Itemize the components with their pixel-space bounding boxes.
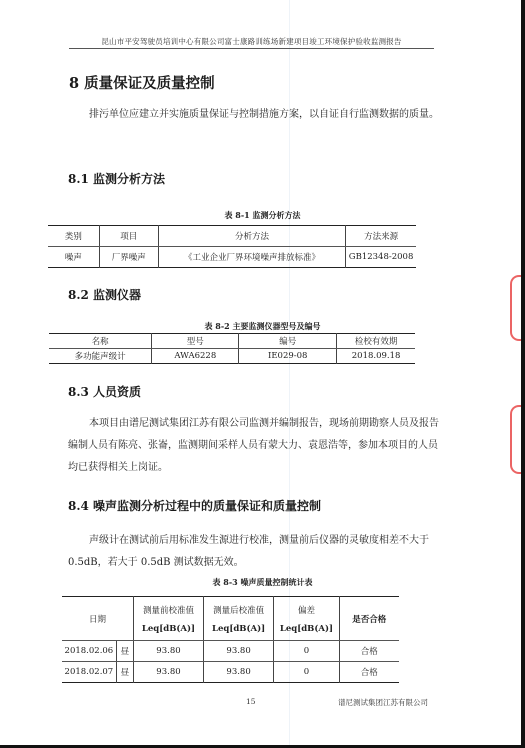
section-8-4-text: 声级计在测试前后用标准发生源进行校准，测量前后仪器的灵敏度相差不大于 0.5dB… bbox=[68, 530, 440, 574]
table-cell: 2018.02.07 bbox=[62, 662, 116, 683]
section-8-3-text: 本项目由谱尼测试集团江苏有限公司监测并编制报告，现场前期勘察人员及报告编制人员有… bbox=[68, 413, 440, 479]
table-header: 测量后校准值Leq[dB(A)] bbox=[203, 597, 273, 641]
section-8-4-title: 8.4 噪声监测分析过程中的质量保证和质量控制 bbox=[68, 497, 321, 514]
table-cell: 2018.09.18 bbox=[337, 349, 415, 364]
table-header: 名称 bbox=[49, 334, 152, 349]
table-cell: GB12348-2008 bbox=[346, 247, 416, 268]
table-cell: 93.80 bbox=[203, 662, 273, 683]
table-header: 编号 bbox=[239, 334, 337, 349]
table-8-2: 名称 型号 编号 检校有效期 多功能声级计 AWA6228 IE029-08 2… bbox=[49, 333, 415, 364]
table-cell: 昼 bbox=[116, 641, 133, 662]
table-header: 是否合格 bbox=[339, 597, 399, 641]
table-cell: 93.80 bbox=[134, 662, 204, 683]
table-8-1-caption: 表 8-1 监测分析方法 bbox=[0, 210, 525, 221]
table-header: 日期 bbox=[62, 597, 134, 641]
document-page: 昆山市平安驾驶员培训中心有限公司富士康路训练场新建项目竣工环境保护验收监测报告 … bbox=[0, 0, 525, 748]
table-header: 检校有效期 bbox=[337, 334, 415, 349]
seal-stamp-fragment bbox=[510, 405, 521, 474]
table-row: 2018.02.07 昼 93.80 93.80 0 合格 bbox=[62, 662, 399, 683]
table-8-1: 类别 项目 分析方法 方法来源 噪声 厂界噪声 《工业企业厂界环境噪声排放标准》… bbox=[48, 225, 416, 268]
footer-organization: 谱尼测试集团江苏有限公司 bbox=[338, 697, 428, 708]
table-row: 噪声 厂界噪声 《工业企业厂界环境噪声排放标准》 GB12348-2008 bbox=[48, 247, 416, 268]
table-cell: 93.80 bbox=[134, 641, 204, 662]
table-header: 型号 bbox=[152, 334, 239, 349]
table-row: 多功能声级计 AWA6228 IE029-08 2018.09.18 bbox=[49, 349, 415, 364]
table-header: 类别 bbox=[48, 226, 99, 247]
table-cell: 2018.02.06 bbox=[62, 641, 116, 662]
section-8-title: 8 质量保证及质量控制 bbox=[69, 72, 215, 93]
table-row: 2018.02.06 昼 93.80 93.80 0 合格 bbox=[62, 641, 399, 662]
table-8-2-caption: 表 8-2 主要监测仪器型号及编号 bbox=[0, 321, 525, 332]
table-cell: 93.80 bbox=[203, 641, 273, 662]
page-number: 15 bbox=[246, 697, 256, 706]
table-8-3: 日期 测量前校准值Leq[dB(A)] 测量后校准值Leq[dB(A)] 偏差L… bbox=[62, 596, 399, 683]
table-cell: 0 bbox=[274, 641, 339, 662]
table-header: 分析方法 bbox=[158, 226, 345, 247]
table-header: 项目 bbox=[99, 226, 158, 247]
running-header: 昆山市平安驾驶员培训中心有限公司富士康路训练场新建项目竣工环境保护验收监测报告 bbox=[69, 36, 434, 47]
table-cell: AWA6228 bbox=[152, 349, 239, 364]
table-cell: 0 bbox=[274, 662, 339, 683]
section-8-intro: 排污单位应建立并实施质量保证与控制措施方案，以自证自行监测数据的质量。 bbox=[68, 104, 440, 126]
table-cell: 《工业企业厂界环境噪声排放标准》 bbox=[158, 247, 345, 268]
table-cell: 昼 bbox=[116, 662, 133, 683]
header-rule bbox=[69, 48, 434, 49]
table-header: 偏差Leq[dB(A)] bbox=[274, 597, 339, 641]
scan-edge bbox=[521, 0, 525, 748]
table-cell: 合格 bbox=[339, 641, 399, 662]
table-cell: 厂界噪声 bbox=[99, 247, 158, 268]
table-8-3-caption: 表 8-3 噪声质量控制统计表 bbox=[0, 577, 525, 588]
table-cell: 多功能声级计 bbox=[49, 349, 152, 364]
table-cell: IE029-08 bbox=[239, 349, 337, 364]
table-header: 方法来源 bbox=[346, 226, 416, 247]
section-8-2-title: 8.2 监测仪器 bbox=[68, 286, 141, 303]
section-8-1-title: 8.1 监测分析方法 bbox=[68, 170, 165, 187]
table-cell: 噪声 bbox=[48, 247, 99, 268]
table-header: 测量前校准值Leq[dB(A)] bbox=[134, 597, 204, 641]
section-8-3-title: 8.3 人员资质 bbox=[68, 383, 141, 400]
table-cell: 合格 bbox=[339, 662, 399, 683]
